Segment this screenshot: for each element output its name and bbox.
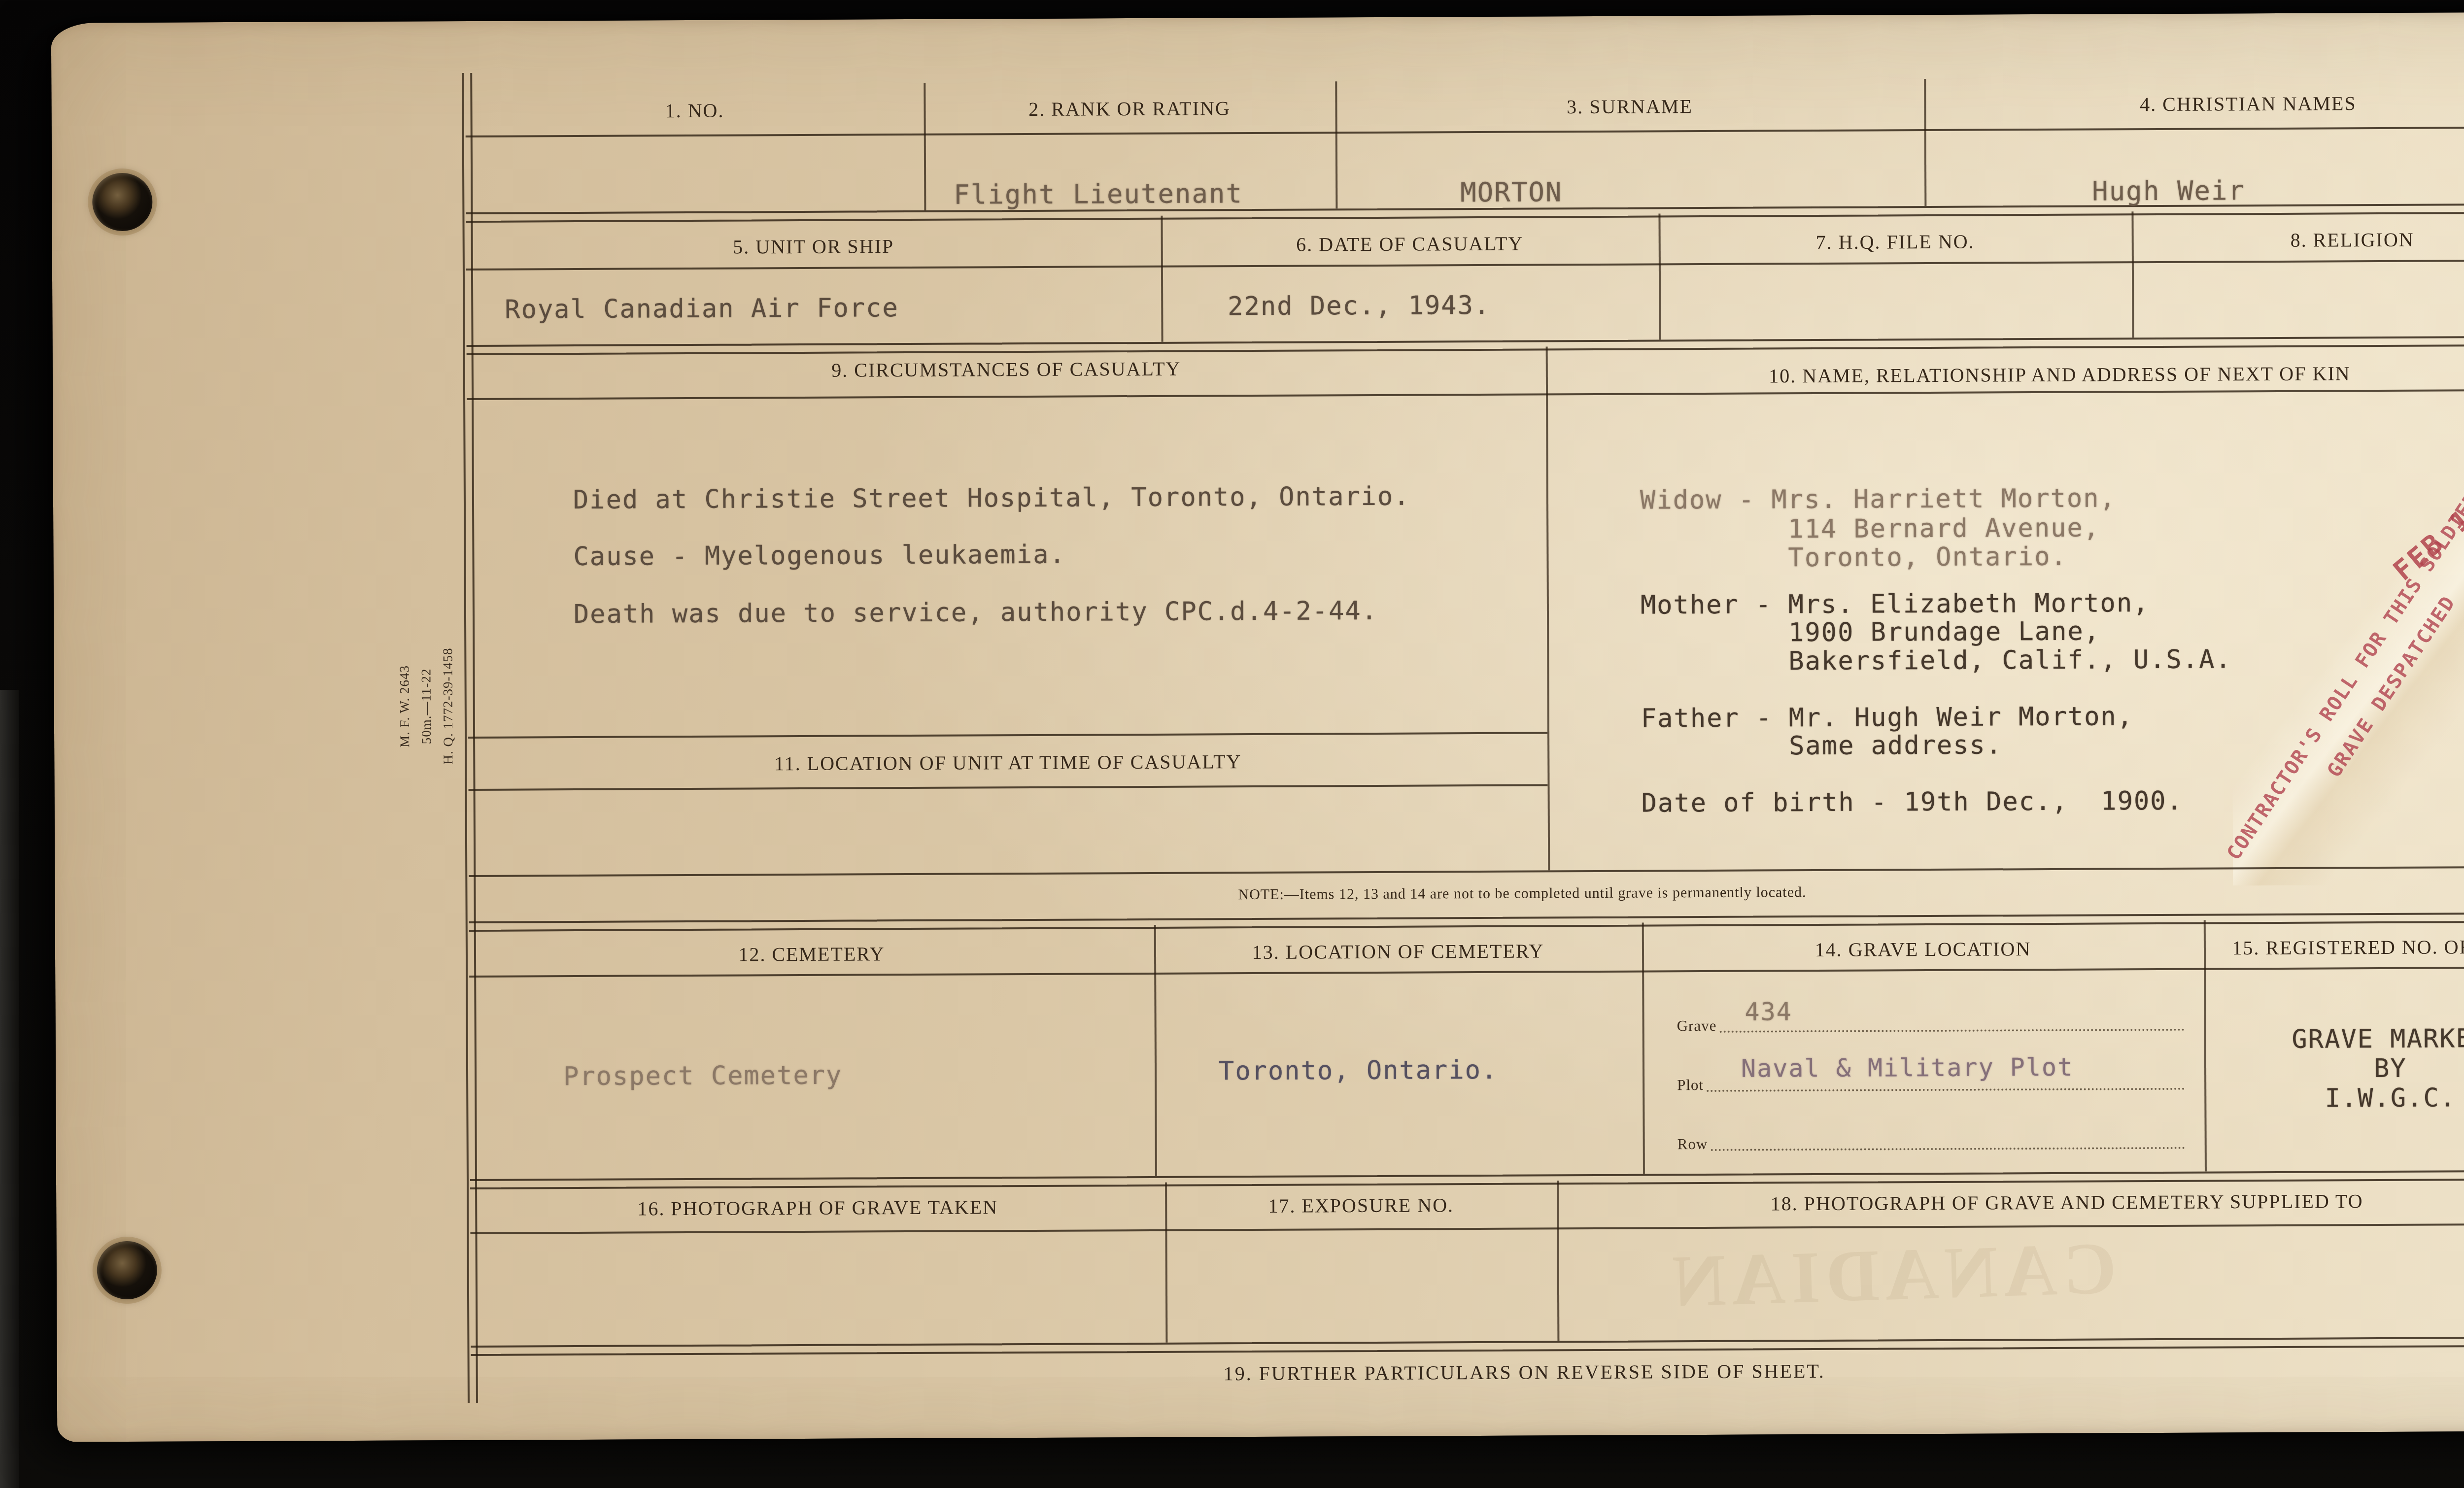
field-rank-label: 2. RANK OR RATING [924, 96, 1335, 124]
field-date-casualty-label: 6. DATE OF CASUALTY [1161, 231, 1659, 259]
next-of-kin-line: Mother - Mrs. Elizabeth Morton, [1641, 588, 2150, 620]
location-of-unit-label: 11. LOCATION OF UNIT AT TIME OF CASUALTY [468, 748, 1547, 779]
grave-number-label: Grave [1677, 1017, 1720, 1035]
field-unit-value: Royal Canadian Air Force [505, 293, 899, 324]
field-date-casualty-value: 22nd Dec., 1943. [1228, 291, 1490, 321]
form-code-line: H. Q. 1772-39-1458 [437, 648, 459, 765]
next-of-kin-line: Bakersfield, Calif., U.S.A. [1788, 644, 2232, 676]
grave-marked-line: BY [2204, 1053, 2464, 1084]
form-code-line: 50m.—11-22 [415, 668, 437, 744]
cemetery-location-value: Toronto, Ontario. [1219, 1055, 1498, 1086]
grave-marked-line: GRAVE MARKED [2204, 1023, 2464, 1054]
photo-taken-label: 16. PHOTOGRAPH OF GRAVE TAKEN [470, 1195, 1165, 1223]
field-surname-label: 3. SURNAME [1335, 94, 1924, 122]
scan-table-edge [0, 690, 19, 1488]
table-line [471, 1336, 2464, 1356]
cemetery-location-label: 13. LOCATION OF CEMETERY [1154, 939, 1642, 967]
grave-location-label: 14. GRAVE LOCATION [1642, 937, 2204, 965]
casualty-form-sheet: CANADIAN 1. NO. 2. RANK OR RATING 3. SUR… [51, 11, 2464, 1442]
field-surname-value: MORTON [1460, 176, 1562, 208]
further-particulars-note: 19. FURTHER PARTICULARS ON REVERSE SIDE … [471, 1356, 2464, 1388]
dotted-leader [1719, 1029, 2184, 1033]
stamp-text-line: CONTRACTOR'S ROLL FOR THIS SOLDIER'S [2221, 465, 2464, 866]
binder-hole-bottom [97, 1241, 158, 1300]
next-of-kin-label: 10. NAME, RELATIONSHIP AND ADDRESS OF NE… [1546, 361, 2464, 391]
table-line [466, 126, 2464, 137]
field-rank-value: Flight Lieutenant [954, 178, 1243, 210]
next-of-kin-line: Toronto, Ontario. [1788, 542, 2067, 573]
next-of-kin-line: Father - Mr. Hugh Weir Morton, [1641, 702, 2133, 733]
circumstances-label: 9. CIRCUMSTANCES OF CASUALTY [467, 355, 1546, 386]
show-through-watermark: CANADIAN [1701, 1225, 2118, 1323]
binder-hole-top [92, 173, 153, 232]
grave-row-label: Row [1677, 1135, 1711, 1153]
grave-marked-line: I.W.G.C. [2204, 1082, 2464, 1114]
cemetery-label: 12. CEMETERY [469, 941, 1154, 970]
dotted-leader [1707, 1088, 2185, 1092]
form-code-line: M. F. W. 2643 [393, 665, 415, 747]
grave-row-row: Row [1677, 1128, 2185, 1153]
table-line [470, 1223, 2464, 1234]
grave-plot-value: Naval & Military Plot [1741, 1053, 2073, 1083]
table-line [467, 389, 2464, 400]
table-line [468, 732, 1547, 739]
next-of-kin-line: Widow - Mrs. Harriett Morton, [1640, 483, 2116, 515]
form-print-codes: M. F. W. 2643 50m.—11-22 H. Q. 1772-39-1… [386, 622, 466, 790]
circumstances-line: Cause - Myelogenous leukaemia. [573, 540, 1065, 572]
dotted-leader [1711, 1147, 2185, 1151]
exposure-no-label: 17. EXPOSURE NO. [1165, 1193, 1557, 1220]
table-line [469, 866, 2464, 877]
table-line [467, 336, 2464, 355]
cemetery-value: Prospect Cemetery [563, 1061, 842, 1091]
field-no-label: 1. NO. [465, 98, 924, 126]
field-christian-names-label: 4. CHRISTIAN NAMES [1924, 91, 2464, 119]
scanned-casualty-card: { "row1": [ {"label": "1. NO.", "value":… [0, 0, 2464, 1488]
field-unit-label: 5. UNIT OR SHIP [466, 234, 1161, 262]
photo-supplied-label: 18. PHOTOGRAPH OF GRAVE AND CEMETERY SUP… [1557, 1188, 2464, 1218]
table-line [466, 259, 2464, 271]
table-line [1546, 346, 1550, 870]
field-religion-label: 8. RELIGION [2132, 227, 2464, 255]
next-of-kin-line: 114 Bernard Avenue, [1788, 513, 2100, 544]
grave-number-value: 434 [1745, 997, 1792, 1026]
table-line [469, 784, 1548, 791]
grave-plot-label: Plot [1677, 1076, 1707, 1094]
table-line [470, 1170, 2464, 1189]
next-of-kin-line: Same address. [1789, 730, 2002, 761]
field-hq-file-label: 7. H.Q. FILE NO. [1659, 229, 2132, 257]
field-christian-names-value: Hugh Weir [2092, 175, 2245, 206]
circumstances-line: Death was due to service, authority CPC.… [574, 596, 1378, 629]
circumstances-line: Died at Christie Street Hospital, Toront… [573, 482, 1410, 515]
next-of-kin-line: 1900 Brundage Lane, [1788, 617, 2100, 648]
registered-no-label: 15. REGISTERED NO. OF GRAVE [2204, 935, 2464, 962]
table-line [469, 912, 2464, 932]
date-of-birth-line: Date of birth - 19th Dec., 1900. [1642, 786, 2183, 818]
note-items-12-13-14: NOTE:—Items 12, 13 and 14 are not to be … [469, 880, 2464, 907]
